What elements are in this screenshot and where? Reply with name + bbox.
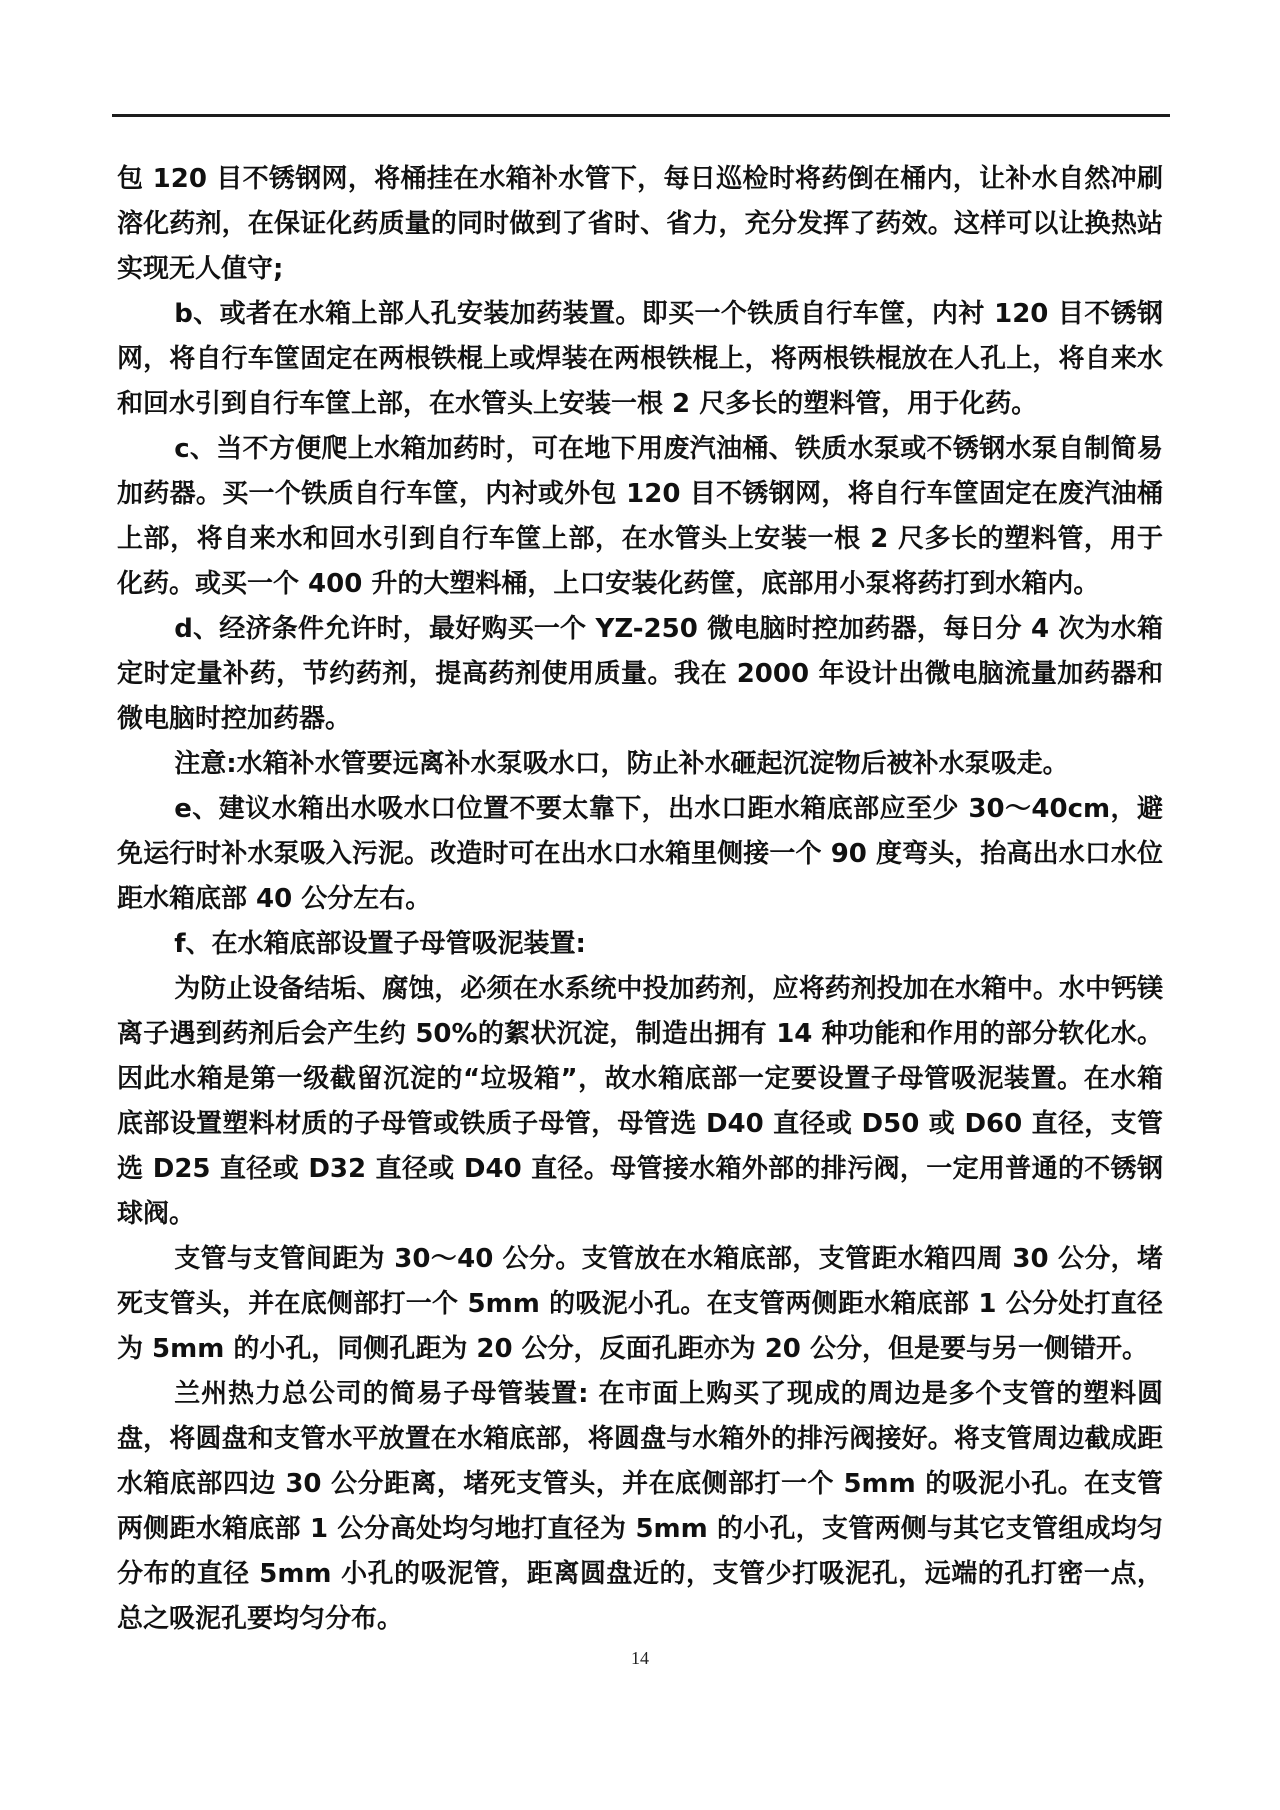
page-body-text: 包 120 目不锈钢网，将桶挂在水箱补水管下，每日巡检时将药倒在桶内，让补水自然…: [117, 157, 1163, 1642]
page-number: 14: [0, 1648, 1280, 1669]
paragraph: 兰州热力总公司的简易子母管装置: 在市面上购买了现成的周边是多个支管的塑料圆盘，…: [117, 1372, 1163, 1642]
paragraph: 支管与支管间距为 30～40 公分。支管放在水箱底部，支管距水箱四周 30 公分…: [117, 1237, 1163, 1372]
paragraph: c、当不方便爬上水箱加药时，可在地下用废汽油桶、铁质水泵或不锈钢水泵自制简易加药…: [117, 427, 1163, 607]
paragraph: e、建议水箱出水吸水口位置不要太靠下，出水口距水箱底部应至少 30～40cm，避…: [117, 787, 1163, 922]
paragraph: 包 120 目不锈钢网，将桶挂在水箱补水管下，每日巡检时将药倒在桶内，让补水自然…: [117, 157, 1163, 292]
paragraph: f、在水箱底部设置子母管吸泥装置:: [117, 922, 1163, 967]
paragraph: 为防止设备结垢、腐蚀，必须在水系统中投加药剂，应将药剂投加在水箱中。水中钙镁离子…: [117, 967, 1163, 1237]
paragraph: b、或者在水箱上部人孔安装加药装置。即买一个铁质自行车筐，内衬 120 目不锈钢…: [117, 292, 1163, 427]
paragraph: d、经济条件允许时，最好购买一个 YZ-250 微电脑时控加药器，每日分 4 次…: [117, 607, 1163, 742]
document-page: 包 120 目不锈钢网，将桶挂在水箱补水管下，每日巡检时将药倒在桶内，让补水自然…: [0, 0, 1280, 1810]
paragraph: 注意:水箱补水管要远离补水泵吸水口，防止补水砸起沉淀物后被补水泵吸走。: [117, 742, 1163, 787]
header-rule: [112, 114, 1170, 117]
